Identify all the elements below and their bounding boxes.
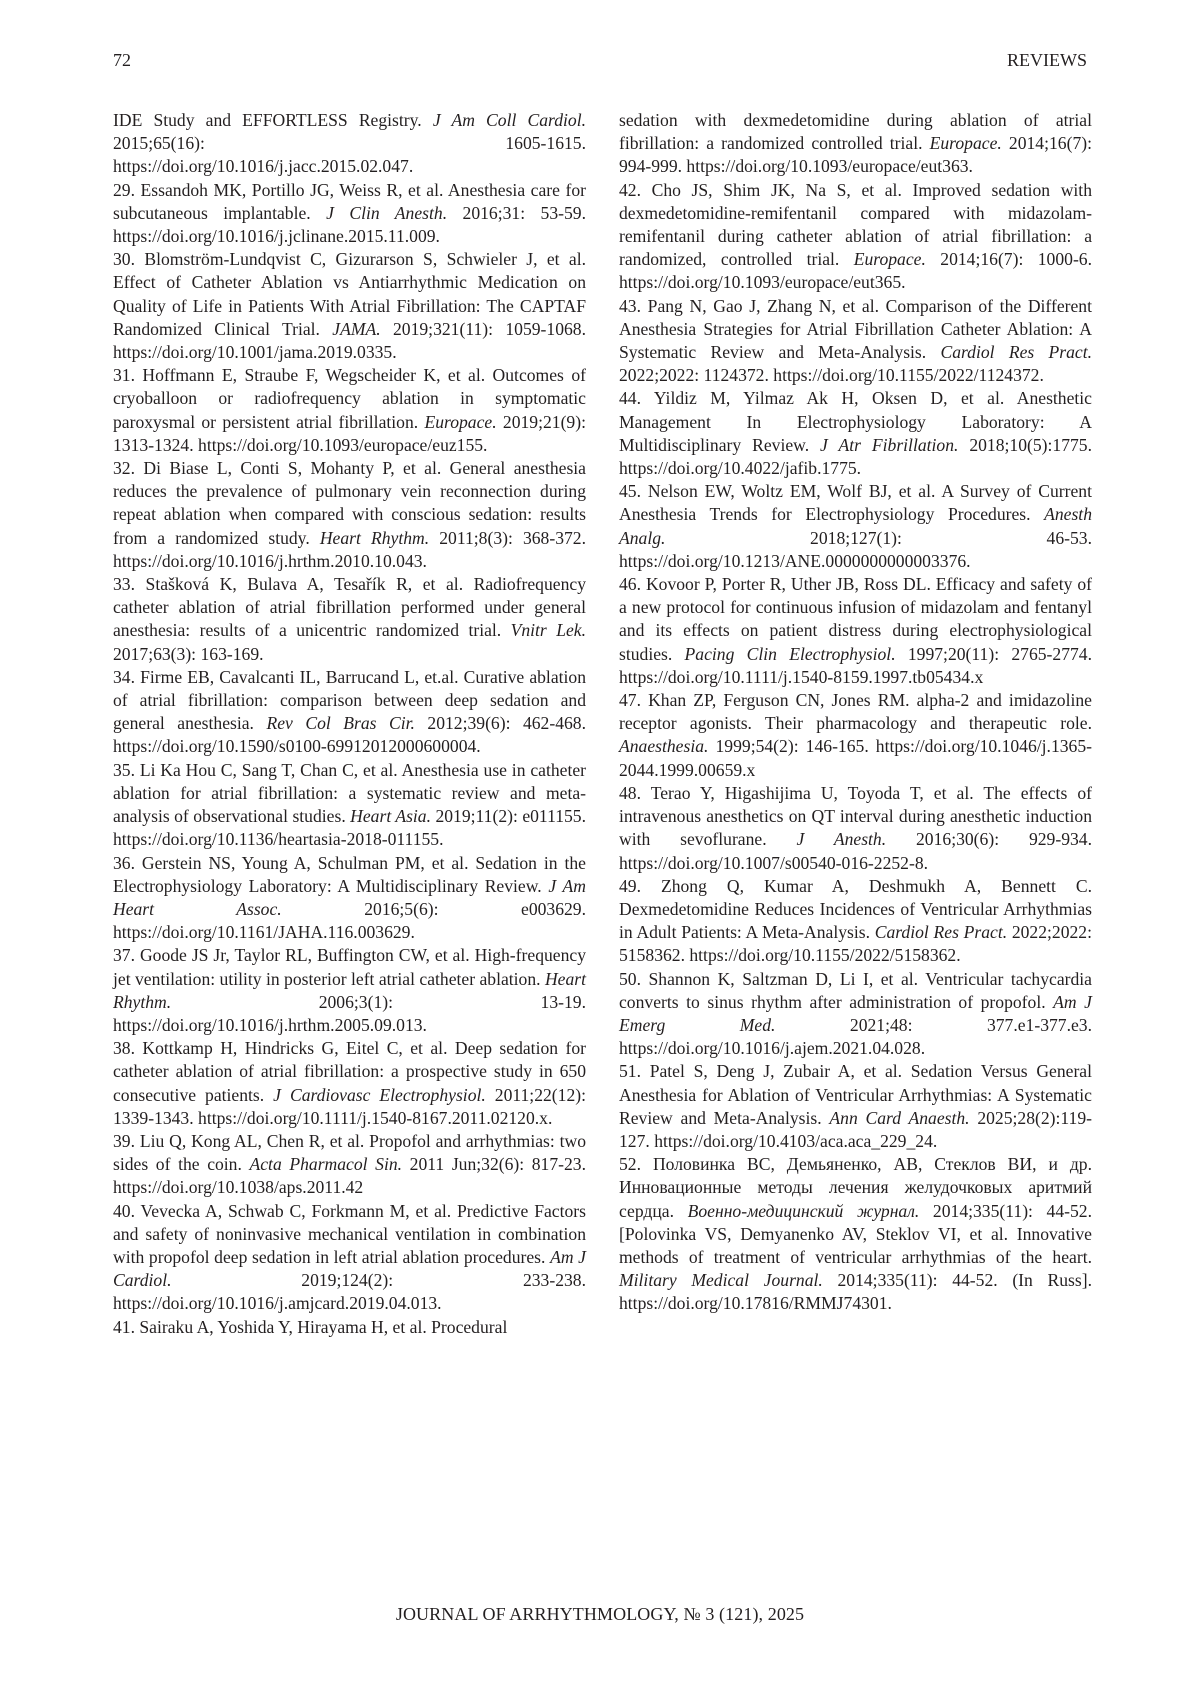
journal-title: Europace.: [424, 412, 496, 432]
reference-item: 47. Khan ZP, Ferguson CN, Jones RM. alph…: [619, 689, 1092, 782]
reference-number: 35.: [113, 760, 135, 780]
reference-number: 33.: [113, 574, 135, 594]
reference-item: 44. Yildiz M, Yilmaz Ak H, Oksen D, et a…: [619, 387, 1092, 480]
reference-number: 42.: [619, 180, 641, 200]
reference-number: 39.: [113, 1131, 135, 1151]
reference-number: 31.: [113, 365, 135, 385]
reference-number: 29.: [113, 180, 135, 200]
reference-item: 40. Vevecka A, Schwab C, Forkmann M, et …: [113, 1200, 586, 1316]
reference-number: 43.: [619, 296, 641, 316]
reference-number: 47.: [619, 690, 641, 710]
reference-item: 35. Li Ka Hou C, Sang T, Chan C, et al. …: [113, 759, 586, 852]
reference-item: 43. Pang N, Gao J, Zhang N, et al. Compa…: [619, 295, 1092, 388]
reference-item: IDE Study and EFFORTLESS Registry. J Am …: [113, 109, 586, 179]
journal-title: Rev Col Bras Cir.: [266, 713, 414, 733]
reference-text: Goode JS Jr, Taylor RL, Buffington CW, e…: [113, 945, 586, 988]
journal-title: Cardiol Res Pract.: [875, 922, 1007, 942]
journal-title: Ann Card Anaesth.: [829, 1108, 969, 1128]
reference-item: 34. Firme EB, Cavalcanti IL, Barrucand L…: [113, 666, 586, 759]
reference-item: 48. Terao Y, Higashijima U, Toyoda T, et…: [619, 782, 1092, 875]
reference-item: 30. Blomström-Lundqvist C, Gizurarson S,…: [113, 248, 586, 364]
journal-title: Europace.: [930, 133, 1002, 153]
journal-title: Military Medical Journal.: [619, 1270, 823, 1290]
right-column: sedation with dexmedetomidine during abl…: [619, 109, 1092, 1339]
reference-number: 45.: [619, 481, 641, 501]
reference-item: 38. Kottkamp H, Hindricks G, Eitel C, et…: [113, 1037, 586, 1130]
reference-citation: 2018;127(1): 46-53. https://doi.org/10.1…: [619, 528, 1092, 571]
journal-title: J Clin Anesth.: [326, 203, 447, 223]
journal-title: Europace.: [854, 249, 926, 269]
journal-title: Heart Rhythm.: [320, 528, 429, 548]
reference-citation: 2022;2022: 1124372. https://doi.org/10.1…: [619, 365, 1044, 385]
reference-item: 52. Половинка ВС, Демьяненко, АВ, Стекло…: [619, 1153, 1092, 1315]
reference-text: Nelson EW, Woltz EM, Wolf BJ, et al. A S…: [619, 481, 1092, 524]
journal-title: J Atr Fibrillation.: [820, 435, 958, 455]
journal-title: Cardiol Res Pract.: [940, 342, 1092, 362]
reference-item: 29. Essandoh MK, Portillo JG, Weiss R, e…: [113, 179, 586, 249]
reference-number: 46.: [619, 574, 641, 594]
reference-number: 50.: [619, 969, 641, 989]
reference-item: 36. Gerstein NS, Young A, Schulman PM, e…: [113, 852, 586, 945]
reference-citation: 2019;124(2): 233-238. https://doi.org/10…: [113, 1270, 586, 1313]
reference-citation: 2006;3(1): 13-19. https://doi.org/10.101…: [113, 992, 586, 1035]
reference-item: 31. Hoffmann E, Straube F, Wegscheider K…: [113, 364, 586, 457]
reference-item: 42. Cho JS, Shim JK, Na S, et al. Improv…: [619, 179, 1092, 295]
reference-number: 41.: [113, 1317, 135, 1337]
reference-text: Sairaku A, Yoshida Y, Hirayama H, et al.…: [135, 1317, 507, 1337]
reference-item: 41. Sairaku A, Yoshida Y, Hirayama H, et…: [113, 1316, 586, 1339]
reference-item: sedation with dexmedetomidine during abl…: [619, 109, 1092, 179]
page-number: 72: [113, 50, 131, 71]
reference-item: 33. Stašková K, Bulava A, Tesařík R, et …: [113, 573, 586, 666]
journal-title: J Am Coll Cardiol.: [433, 110, 586, 130]
page-footer: JOURNAL OF ARRHYTHMOLOGY, № 3 (121), 202…: [0, 1604, 1200, 1625]
journal-title: Anaesthesia.: [619, 736, 708, 756]
journal-title: Acta Pharmacol Sin.: [250, 1154, 403, 1174]
reference-number: 32.: [113, 458, 135, 478]
journal-title: J Anesth.: [796, 829, 886, 849]
reference-number: 34.: [113, 667, 135, 687]
section-title: REVIEWS: [1007, 50, 1087, 71]
journal-title: JAMA.: [332, 319, 380, 339]
reference-item: 46. Kovoor P, Porter R, Uther JB, Ross D…: [619, 573, 1092, 689]
journal-title: Военно-медицинский журнал.: [688, 1201, 920, 1221]
reference-list: IDE Study and EFFORTLESS Registry. J Am …: [113, 109, 1092, 1339]
reference-citation: 2017;63(3): 163-169.: [113, 644, 264, 664]
reference-number: 49.: [619, 876, 641, 896]
page-header: 72 REVIEWS: [113, 50, 1087, 71]
reference-text: Gerstein NS, Young A, Schulman PM, et al…: [113, 853, 586, 896]
reference-number: 30.: [113, 249, 135, 269]
journal-title: Pacing Clin Electrophysiol.: [685, 644, 896, 664]
reference-number: 40.: [113, 1201, 135, 1221]
reference-item: 39. Liu Q, Kong AL, Chen R, et al. Propo…: [113, 1130, 586, 1200]
reference-number: 51.: [619, 1061, 641, 1081]
reference-text: Khan ZP, Ferguson CN, Jones RM. alpha-2 …: [619, 690, 1092, 733]
reference-item: 49. Zhong Q, Kumar A, Deshmukh A, Bennet…: [619, 875, 1092, 968]
reference-item: 32. Di Biase L, Conti S, Mohanty P, et a…: [113, 457, 586, 573]
reference-number: 48.: [619, 783, 641, 803]
reference-item: 50. Shannon K, Saltzman D, Li I, et al. …: [619, 968, 1092, 1061]
reference-text: Shannon K, Saltzman D, Li I, et al. Vent…: [619, 969, 1092, 1012]
reference-number: 38.: [113, 1038, 135, 1058]
reference-number: 44.: [619, 388, 641, 408]
journal-title: Vnitr Lek.: [511, 620, 586, 640]
reference-text: Vevecka A, Schwab C, Forkmann M, et al. …: [113, 1201, 586, 1267]
reference-item: 51. Patel S, Deng J, Zubair A, et al. Se…: [619, 1060, 1092, 1153]
reference-item: 45. Nelson EW, Woltz EM, Wolf BJ, et al.…: [619, 480, 1092, 573]
journal-title: Heart Asia.: [350, 806, 431, 826]
reference-citation: 2015;65(16): 1605-1615. https://doi.org/…: [113, 133, 586, 176]
reference-number: 37.: [113, 945, 135, 965]
reference-item: 37. Goode JS Jr, Taylor RL, Buffington C…: [113, 944, 586, 1037]
reference-number: 52.: [619, 1154, 641, 1174]
reference-number: 36.: [113, 853, 135, 873]
journal-title: J Cardiovasc Electrophysiol.: [273, 1085, 486, 1105]
reference-text: IDE Study and EFFORTLESS Registry.: [113, 110, 433, 130]
left-column: IDE Study and EFFORTLESS Registry. J Am …: [113, 109, 586, 1339]
